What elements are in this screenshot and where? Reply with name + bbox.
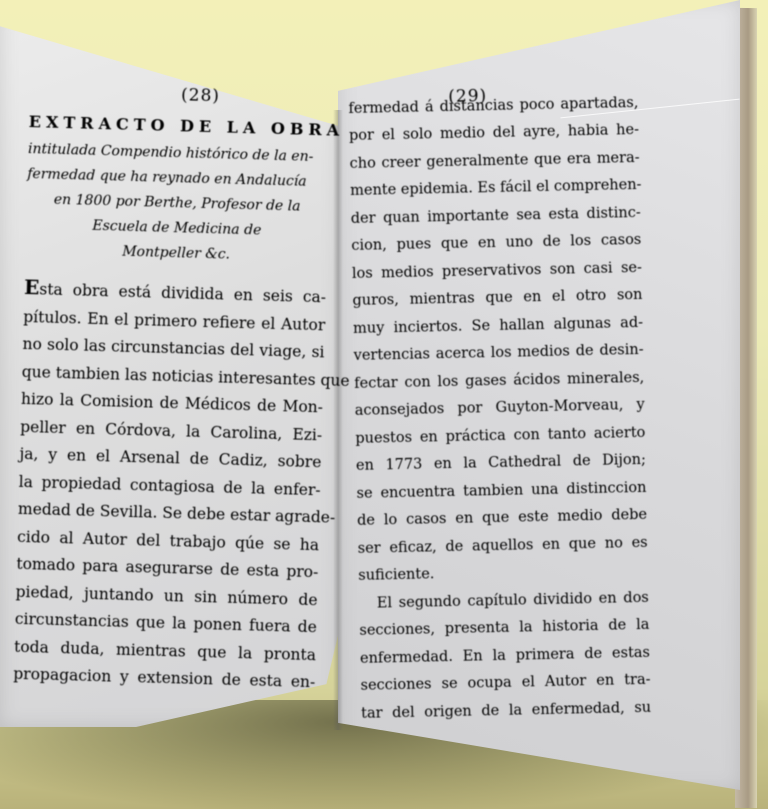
book-gutter [333, 110, 343, 730]
drop-cap: E [24, 275, 40, 299]
left-page-text: (28) EXTRACTO DE LA OBRA intitulada Comp… [13, 78, 332, 697]
first-line-text: sta obra está dividida en seis ca- [39, 280, 326, 306]
right-page-text: (29) fermedad á distancias poco apartada… [348, 80, 651, 728]
